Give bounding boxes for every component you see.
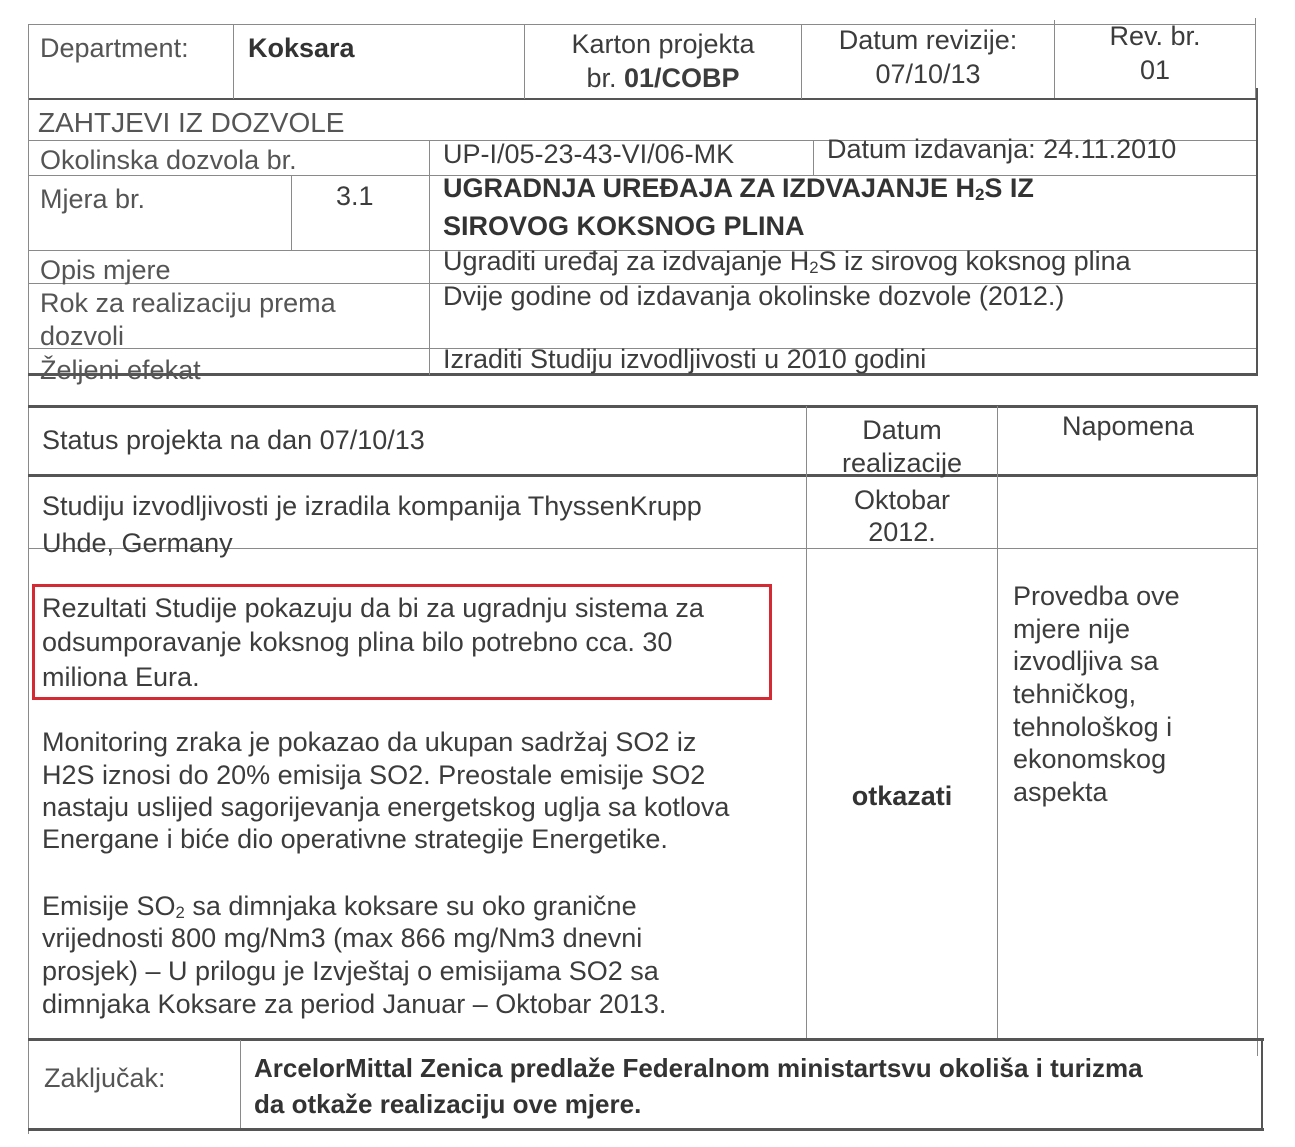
divider [28,24,29,1134]
status-title: Status projekta na dan 07/10/13 [42,424,425,457]
row1-date-line2: 2012. [807,516,997,549]
measure-title: UGRADNJA UREĐAJA ZA IZDVAJANJE H2S IZ [443,172,1034,205]
issue-date: Datum izdavanja: 24.11.2010 [827,133,1176,166]
measure-title-text: S IZ [984,173,1034,203]
description-label: Opis mjere [40,254,171,287]
subscript: 2 [809,258,818,277]
monitoring-line: Energane i biće dio operativne strategij… [42,823,668,856]
divider [240,1040,241,1128]
permit-no-value: UP-I/05-23-43-VI/06-MK [443,138,734,171]
subscript: 2 [176,903,185,922]
column-header-note: Napomena [998,410,1258,443]
rev-no-label: Rev. br. [1055,20,1255,53]
divider [1257,476,1258,1056]
emissions-line: vrijednosti 800 mg/Nm3 (max 866 mg/Nm3 d… [42,922,642,955]
karton-number: br. 01/COBP [525,62,801,95]
divider [997,406,998,1038]
subscript: 2 [975,185,984,204]
permit-no-label: Okolinska dozvola br. [40,144,297,177]
highlight-line: Rezultati Studije pokazuju da bi za ugra… [42,592,704,625]
description-value: Ugraditi uređaj za izdvajanje H2S iz sir… [443,245,1131,278]
column-header-date-line2: realizacije [807,447,997,480]
monitoring-line: nastaju uslijed sagorijevanja energetsko… [42,791,729,824]
emissions-line: dimnjaka Koksare za period Januar – Okto… [42,988,666,1021]
effect-value: Izraditi Studiju izvodljivosti u 2010 go… [443,343,926,376]
note-line: izvodljiva sa [1013,645,1159,678]
department-label: Department: [40,32,189,65]
measure-title-text: UGRADNJA UREĐAJA ZA IZDVAJANJE H [443,173,975,203]
measure-title-line2: SIROVOG KOKSNOG PLINA [443,210,805,243]
divider [1255,18,1256,98]
section-title: ZAHTJEVI IZ DOZVOLE [38,106,344,139]
column-header-date: Datum [807,414,997,447]
highlight-line: odsumporavanje koksnog plina bilo potreb… [42,626,672,659]
revision-date-label: Datum revizije: [802,24,1054,57]
row1-date: Oktobar [807,484,997,517]
divider [28,405,1258,408]
highlight-line: miliona Eura. [42,661,200,694]
divider [813,141,814,176]
decision-value: otkazati [807,780,997,813]
note-line: mjere nije [1013,613,1130,646]
description-text: Ugraditi uređaj za izdvajanje H [443,246,809,276]
note-line: tehničkog, [1013,678,1136,711]
divider [28,474,1258,477]
monitoring-line: H2S iznosi do 20% emisija SO2. Preostale… [42,759,705,792]
note-line: aspekta [1013,776,1108,809]
divider [291,176,292,251]
deadline-label-line2: dozvoli [40,320,124,353]
rev-no-value: 01 [1055,54,1255,87]
karton-label: Karton projekta [525,28,801,61]
revision-date-value: 07/10/13 [802,58,1054,91]
divider [28,98,1258,100]
note-line: tehnološkog i [1013,711,1172,744]
karton-number-value: 01/COBP [624,63,740,93]
row1-text-line2: Uhde, Germany [42,527,233,560]
row1-text: Studiju izvodljivosti je izradila kompan… [42,490,702,523]
conclusion-label: Zaključak: [44,1062,166,1095]
divider [429,141,430,375]
department-value: Koksara [248,32,355,65]
deadline-value: Dvije godine od izdavanja okolinske dozv… [443,280,1064,313]
description-text: S iz sirovog koksnog plina [819,246,1131,276]
divider [28,1128,1264,1131]
emissions-text: sa dimnjaka koksare su oko granične [185,891,637,921]
measure-no-label: Mjera br. [40,183,145,216]
divider [1261,1038,1263,1128]
emissions-line: prosjek) – U prilogu je Izvještaj o emis… [42,955,659,988]
emissions-line: Emisije SO2 sa dimnjaka koksare su oko g… [42,890,637,923]
measure-no-value: 3.1 [336,180,374,213]
divider [233,25,234,99]
conclusion-text-line2: da otkaže realizaciju ove mjere. [254,1088,641,1121]
conclusion-text: ArcelorMittal Zenica predlaže Federalnom… [254,1052,1143,1085]
note-line: ekonomskog [1013,743,1166,776]
divider [28,1038,1264,1041]
karton-prefix: br. [586,63,616,93]
emissions-text: Emisije SO [42,891,176,921]
effect-label: Željeni efekat [40,354,201,387]
note-line: Provedba ove [1013,580,1180,613]
divider [1256,88,1258,374]
monitoring-line: Monitoring zraka je pokazao da ukupan sa… [42,726,696,759]
deadline-label: Rok za realizaciju prema [40,287,336,320]
